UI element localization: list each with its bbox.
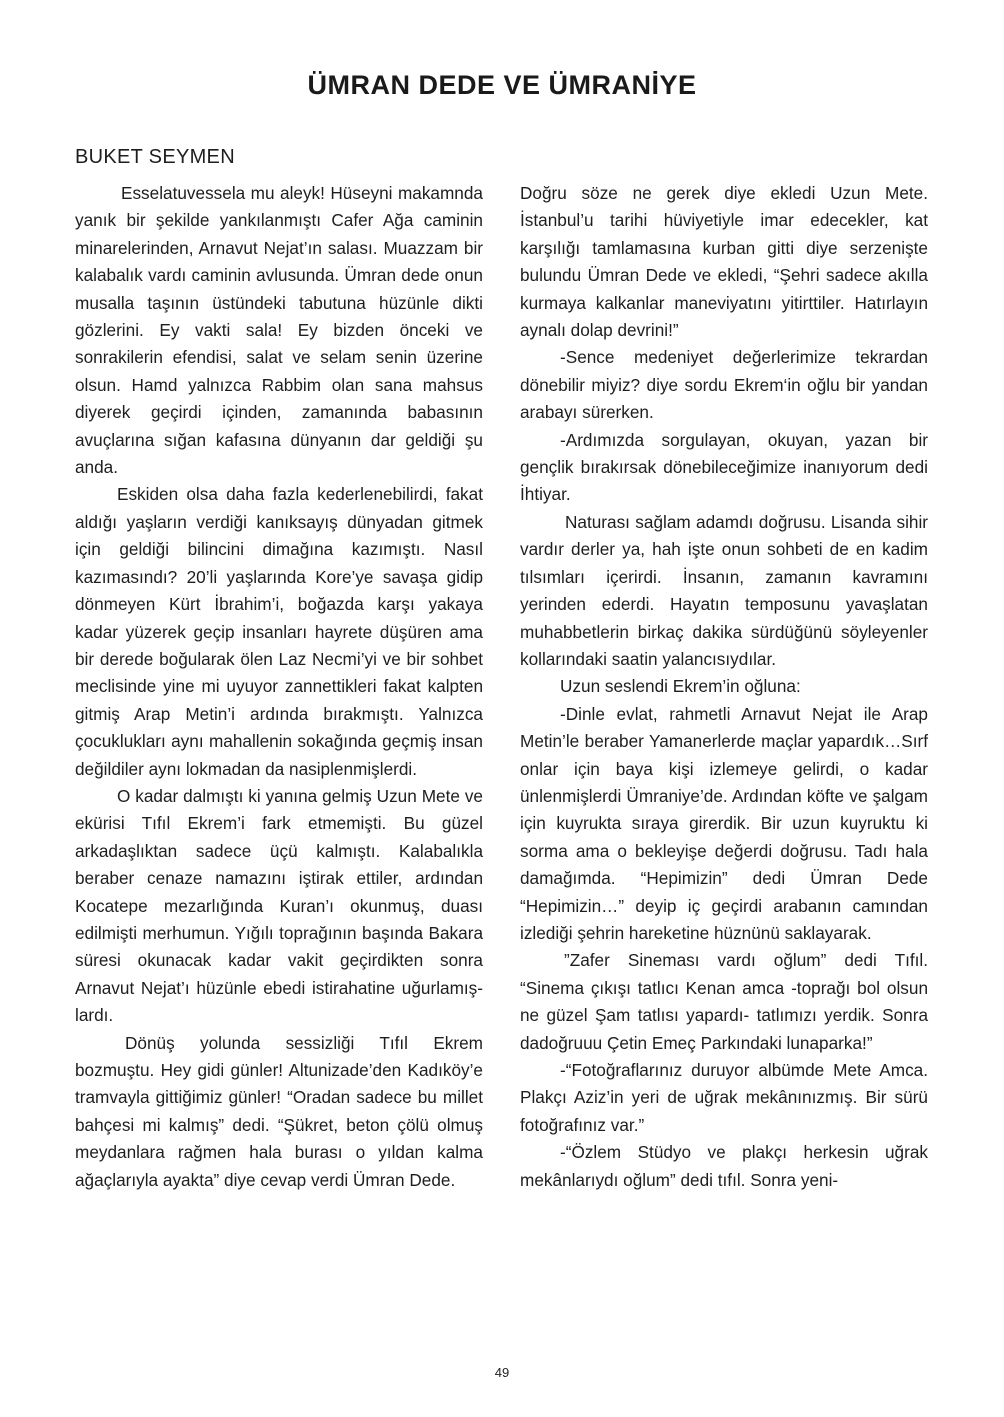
paragraph: Esselatuvessela mu aleyk! Hüseyni makamn… [75,180,483,481]
paragraph: Naturası sağlam adamdı doğrusu. Li­sanda… [520,509,928,673]
paragraph: -“Özlem Stüdyo ve plakçı herkesin uğrak … [520,1139,928,1194]
paragraph: -Dinle evlat, rahmetli Arnavut Nejat ile… [520,701,928,948]
paragraph: Eskiden olsa daha fazla kederlenebi­lird… [75,481,483,782]
page-number: 49 [0,1365,1004,1380]
paragraph: -“Fotoğraflarınız duruyor albümde Mete A… [520,1057,928,1139]
article-title: ÜMRAN DEDE VE ÜMRANİYE [0,70,1004,101]
right-column: Doğru söze ne gerek diye ekledi Uzun Met… [520,180,928,1194]
paragraph: Doğru söze ne gerek diye ekledi Uzun Met… [520,180,928,344]
article-author: BUKET SEYMEN [75,146,235,169]
document-page: ÜMRAN DEDE VE ÜMRANİYE BUKET SEYMEN Esse… [0,0,1004,1417]
left-column: Esselatuvessela mu aleyk! Hüseyni makamn… [75,180,483,1194]
paragraph: Uzun seslendi Ekrem’in oğluna: [520,673,928,700]
paragraph: O kadar dalmıştı ki yanına gelmiş Uzun M… [75,783,483,1030]
paragraph: Dönüş yolunda sessizliği Tıfıl Ekrem boz… [75,1030,483,1194]
paragraph: -Sence medeniyet değerlerimize tek­rarda… [520,344,928,426]
paragraph: ”Zafer Sineması vardı oğlum” dedi Tıfıl.… [520,947,928,1057]
paragraph: -Ardımızda sorgulayan, okuyan, yazan bir… [520,427,928,509]
